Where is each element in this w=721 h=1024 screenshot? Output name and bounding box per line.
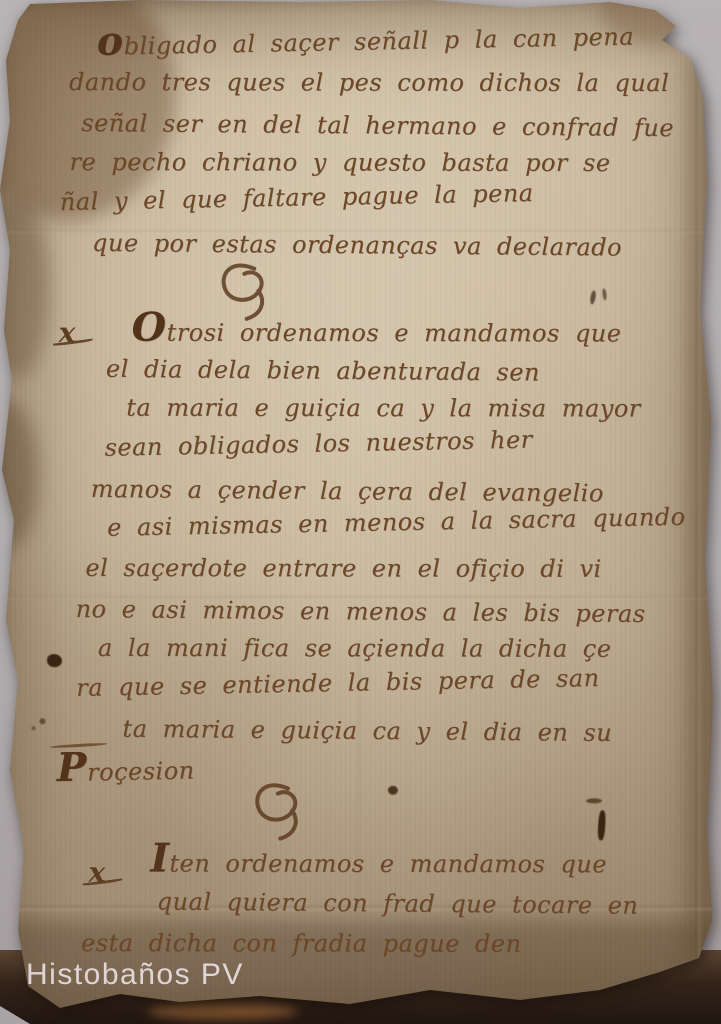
- manuscript-line: Iten ordenamos e mandamos que: [150, 837, 638, 880]
- paragraph-1: obligado al saçer señall p la can pena d…: [55, 18, 675, 262]
- ink-blot: [388, 786, 398, 795]
- manuscript-line: el saçerdote entrare en el ofiçio di vi: [85, 548, 686, 589]
- paragraph-flourish-icon: [250, 778, 310, 842]
- watermark-text: Histobaños PV: [26, 958, 244, 992]
- manuscript-line: dando tres ques el pes como dichos la qu…: [69, 62, 674, 103]
- paragraph-3: x Iten ordenamos e mandamos que qual qui…: [80, 834, 639, 964]
- handwritten-text-layer: obligado al saçer señall p la can pena d…: [0, 0, 721, 1024]
- manuscript-photo: obligado al saçer señall p la can pena d…: [0, 0, 721, 1024]
- ink-blot: [47, 654, 62, 667]
- manuscript-line: obligado al saçer señall p la can pena: [96, 11, 673, 62]
- ink-blot: [586, 798, 602, 803]
- marginal-x-mark: x: [88, 856, 122, 884]
- manuscript-line: Otrosi ordenamos e mandamos que: [132, 308, 685, 349]
- ink-blot: [589, 290, 596, 305]
- manuscript-line: qual quiera con frad que tocare en: [157, 880, 639, 926]
- ink-blot: [39, 718, 45, 724]
- paragraph-2: x Otrosi ordenamos e mandamos que el dia…: [54, 304, 688, 788]
- manuscript-line: que por estas ordenanças va declarado: [92, 223, 675, 268]
- ink-blot: [31, 726, 35, 730]
- ink-blot: [602, 288, 607, 300]
- marginal-x-mark: x: [59, 316, 93, 344]
